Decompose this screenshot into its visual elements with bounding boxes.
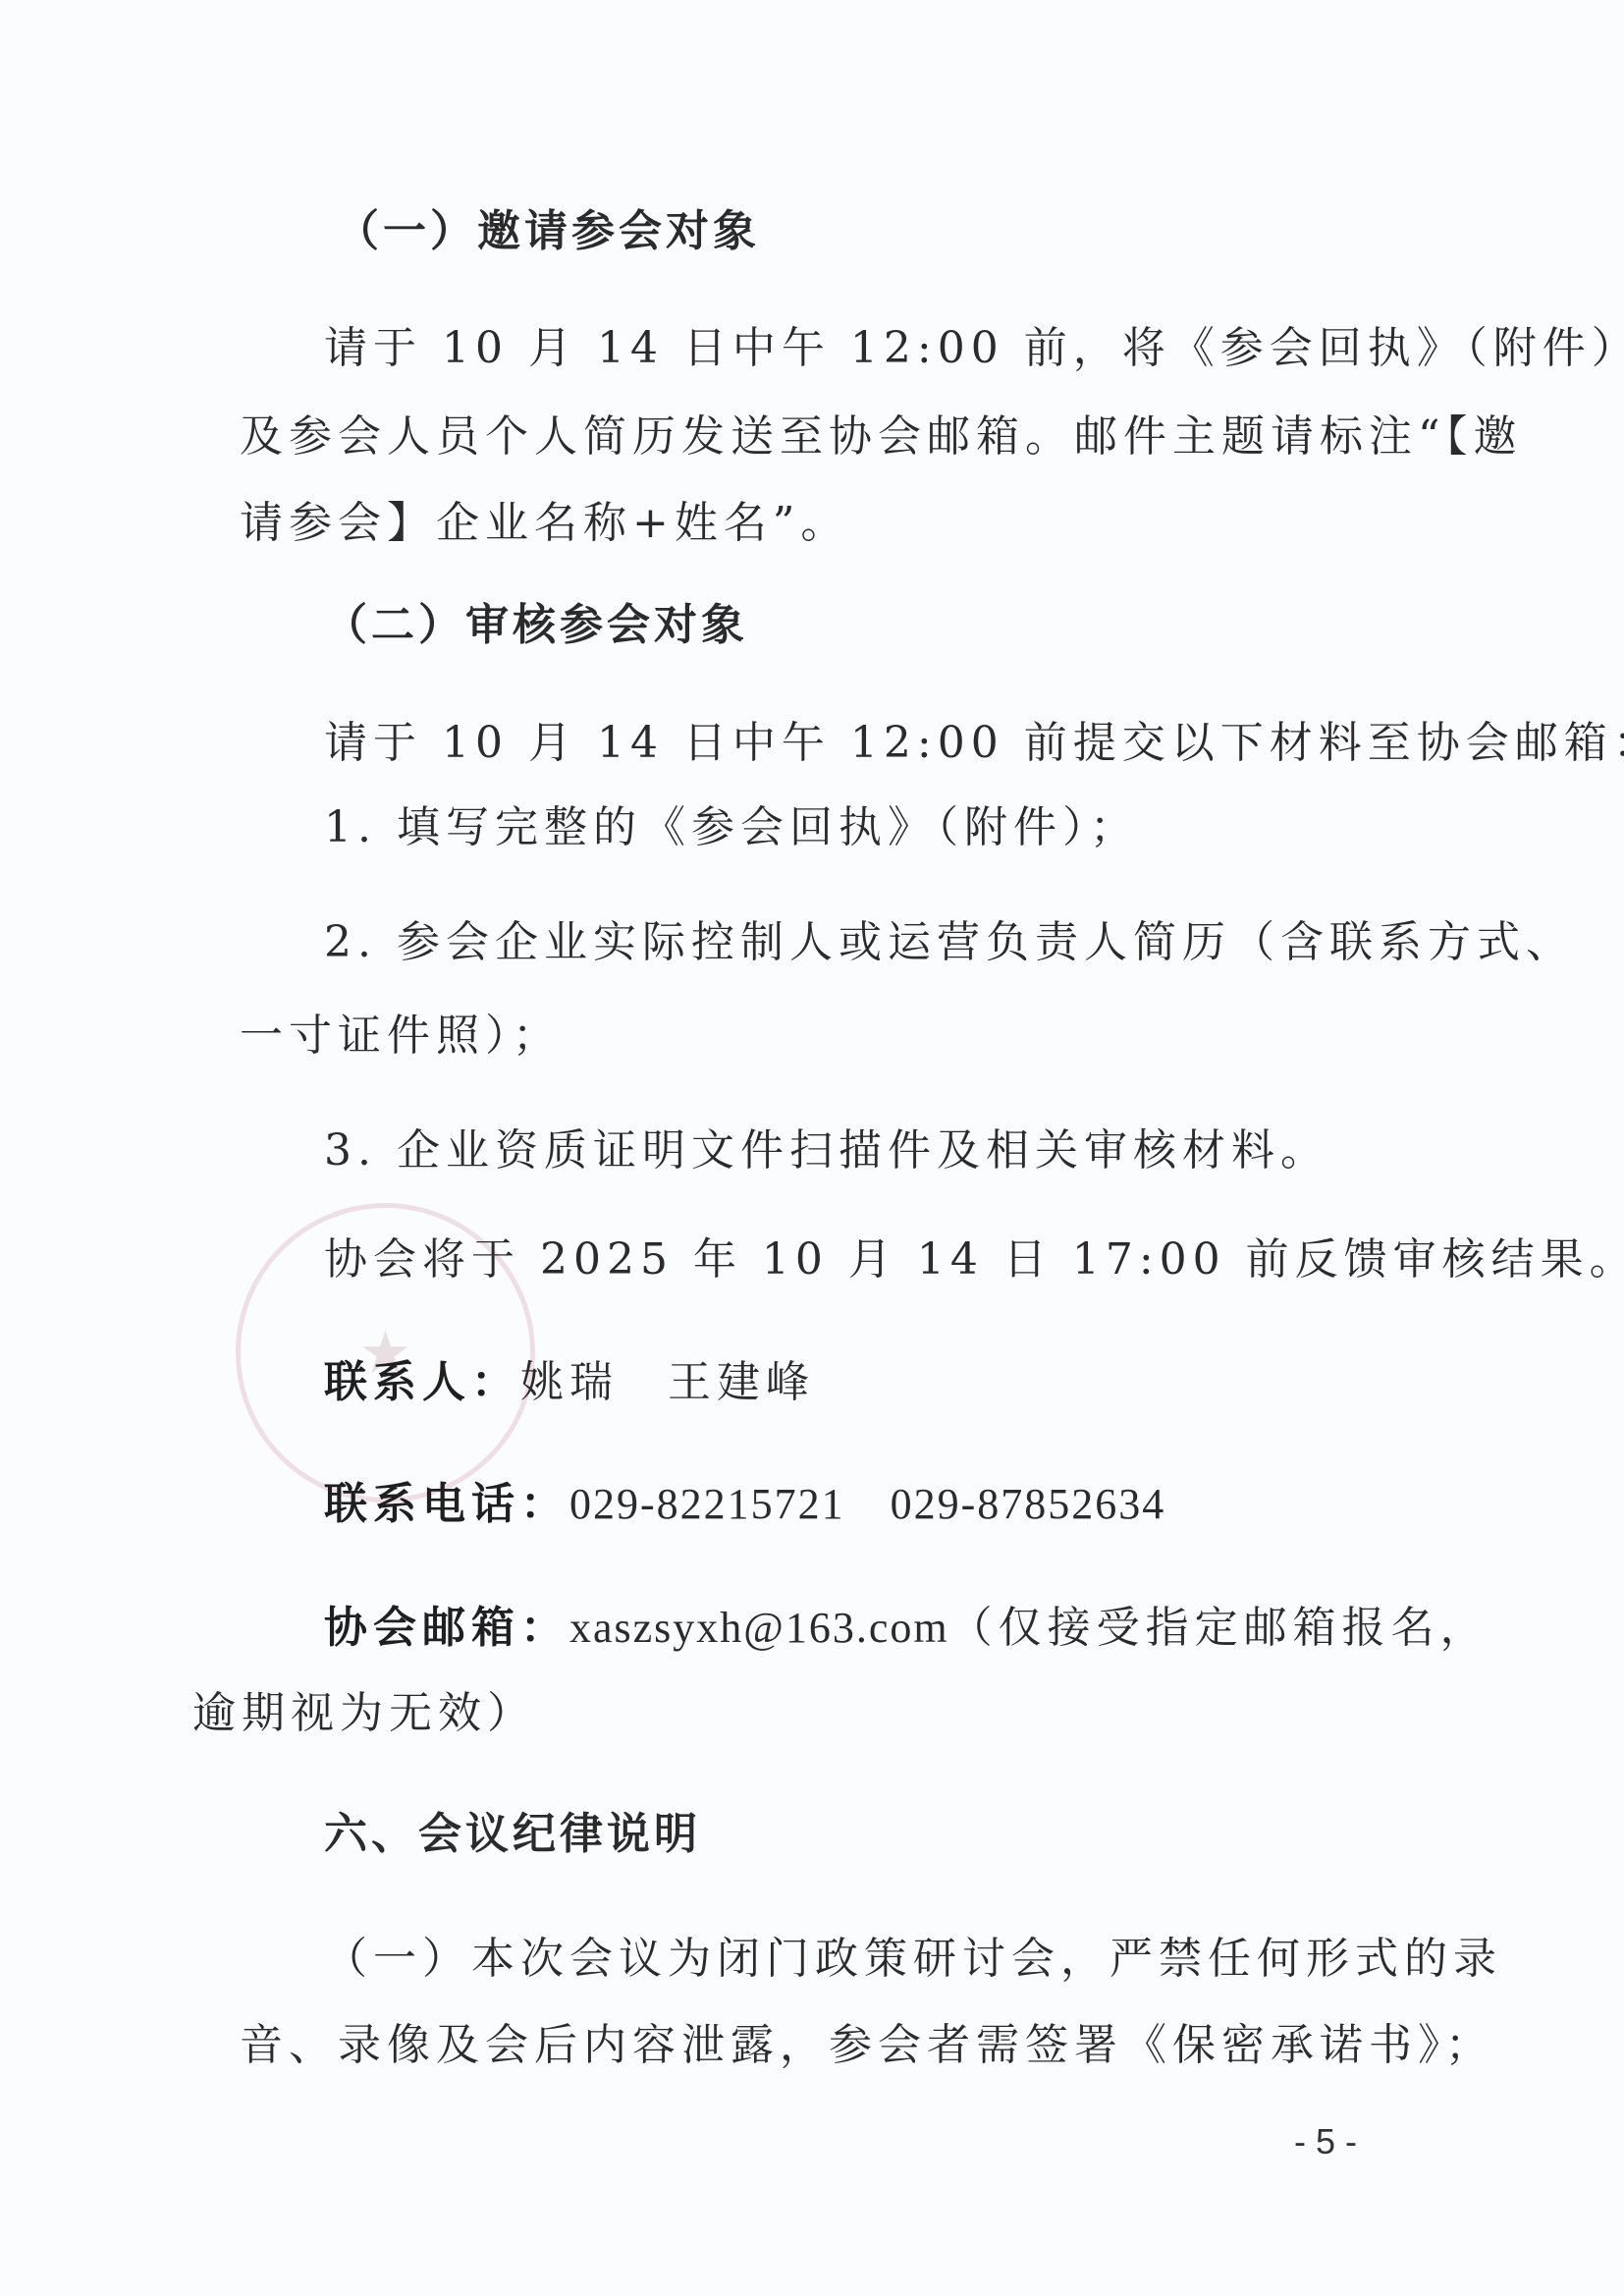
- paragraph-line: 请于 10 月 14 日中午 12:00 前提交以下材料至协会邮箱：: [324, 716, 1624, 771]
- paragraph-line: 及参会人员个人简历发送至协会邮箱。邮件主题请标注“【邀: [240, 410, 1523, 465]
- contact-phone-numbers: 029-82215721 029-87852634: [569, 1480, 1165, 1528]
- paragraph-line: 音、录像及会后内容泄露，参会者需签署《保密承诺书》；: [240, 2018, 1494, 2073]
- contact-email-address[interactable]: xaszsyxh@163.com: [569, 1604, 949, 1652]
- section-heading-discipline: 六、会议纪律说明: [324, 1807, 701, 1862]
- contact-email-note-continuation: 逾期视为无效）: [192, 1686, 536, 1741]
- section-heading-review: （二）审核参会对象: [324, 598, 748, 653]
- paragraph-line: 请于 10 月 14 日中午 12:00 前，将《参会回执》（附件）: [324, 321, 1624, 376]
- list-item-continuation: 一寸证件照）；: [240, 1009, 562, 1064]
- paragraph-line: 请参会】企业名称+姓名”。: [240, 496, 849, 551]
- contact-person-names: 姚瑞 王建峰: [520, 1357, 815, 1407]
- page-number: - 5 -: [1294, 2121, 1357, 2162]
- contact-email-label: 协会邮箱：: [324, 1603, 569, 1653]
- contact-email-note: （仅接受指定邮箱报名，: [949, 1603, 1489, 1653]
- contact-email-row: 协会邮箱：xaszsyxh@163.com（仅接受指定邮箱报名，: [324, 1601, 1489, 1656]
- list-item: 3. 企业资质证明文件扫描件及相关审核材料。: [324, 1123, 1329, 1178]
- list-item: 1. 填写完整的《参会回执》（附件）；: [324, 800, 1139, 855]
- contact-person-label: 联系人：: [324, 1357, 520, 1407]
- document-page: ★ （一）邀请参会对象 请于 10 月 14 日中午 12:00 前，将《参会回…: [0, 0, 1624, 2296]
- contact-phone-row: 联系电话：029-82215721 029-87852634: [324, 1477, 1165, 1532]
- paragraph-line: （一）本次会议为闭门政策研讨会，严禁任何形式的录: [324, 1932, 1502, 1987]
- list-item: 2. 参会企业实际控制人或运营负责人简历（含联系方式、: [324, 915, 1575, 970]
- feedback-note: 协会将于 2025 年 10 月 14 日 17:00 前反馈审核结果。: [324, 1232, 1624, 1287]
- contact-phone-label: 联系电话：: [324, 1479, 569, 1529]
- section-heading-invite: （一）邀请参会对象: [336, 204, 760, 259]
- contact-person-row: 联系人：姚瑞 王建峰: [324, 1355, 815, 1410]
